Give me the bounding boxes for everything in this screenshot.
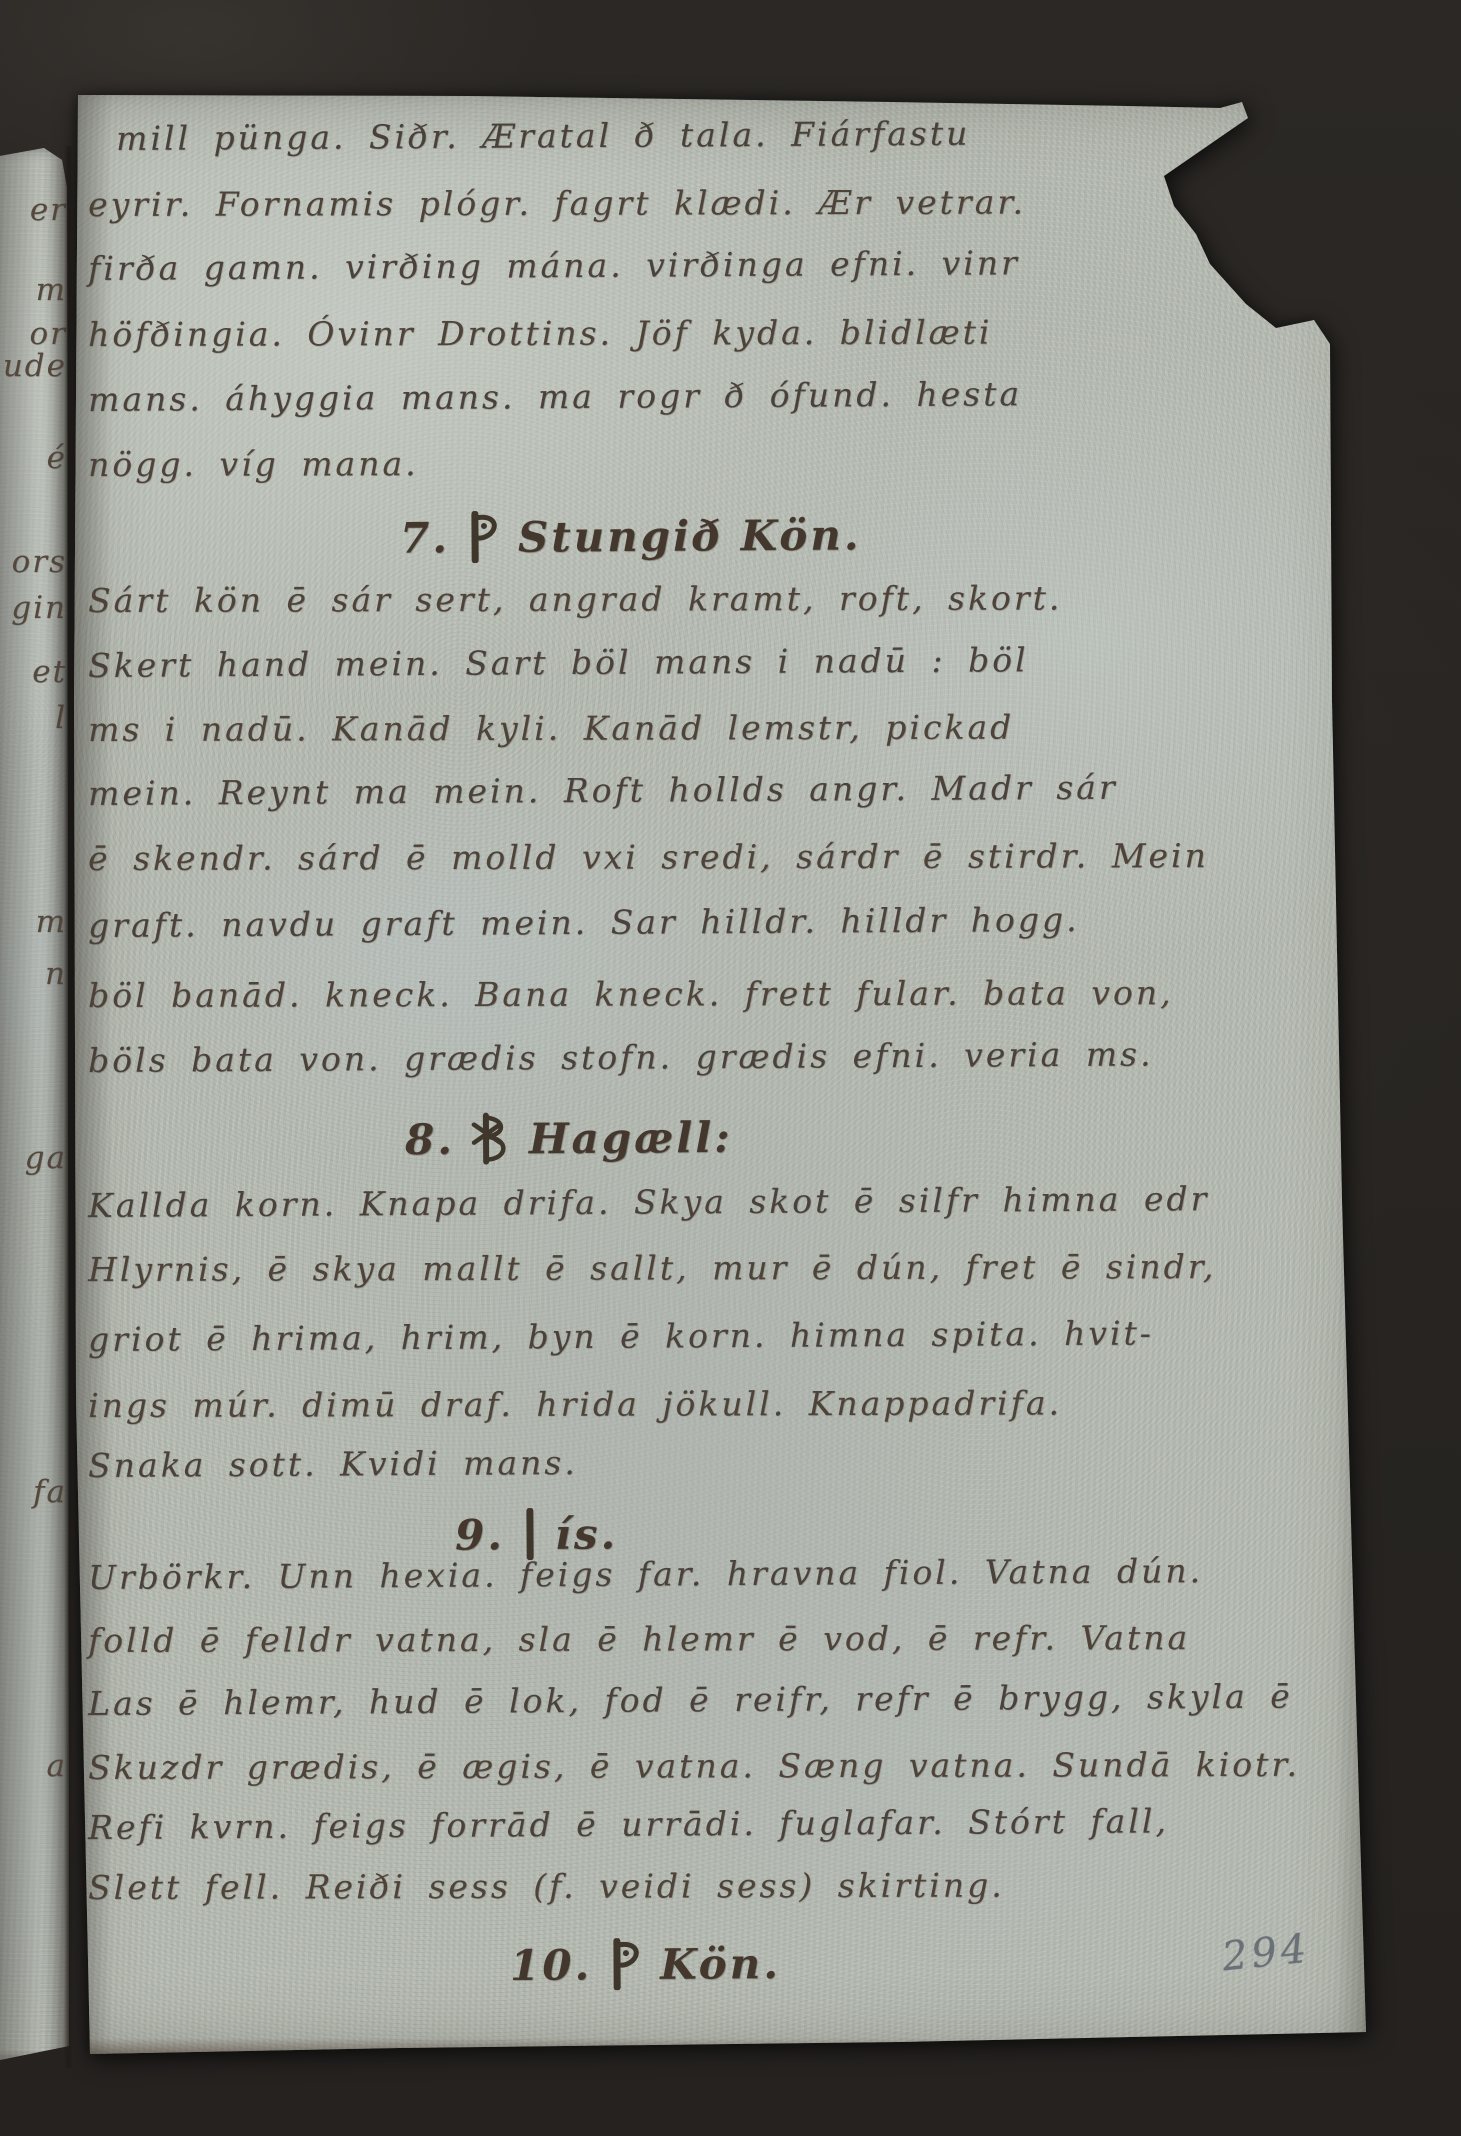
manuscript-line: Snaka sott. Kvidi mans. [88,1446,578,1482]
manuscript-line: Kallda korn. Knapa drifa. Skya skot ē si… [88,1182,1209,1222]
previous-page-text-fragment: er [30,192,67,228]
section-heading-7: 7. Stungið Kön. [400,504,862,559]
manuscript-line: Las ē hlemr, hud ē lok, fod ē reifr, ref… [88,1680,1293,1720]
previous-page-text-fragment: ors [12,544,67,580]
hagall-rune [471,1112,513,1164]
photograph-backdrop: er m or ude é ors gin et l m n ga fa a m… [0,0,1461,2136]
iss-rune [521,1508,539,1560]
previous-page-text-fragment: gin [11,590,67,626]
manuscript-line: folld ē felldr vatna, sla ē hlemr ē vod,… [88,1621,1190,1657]
stungid-kaun-rune [466,511,502,563]
section-number: 7. [400,517,450,559]
manuscript-line: firða gamn. virðing mána. virðinga efni.… [88,246,1020,285]
previous-page-text-fragment: or [30,316,67,352]
manuscript-line: Hlyrnis, ē skya mallt ē sallt, mur ē dún… [88,1250,1216,1286]
manuscript-line: Skert hand mein. Sart böl mans i nadū : … [88,643,1029,682]
previous-page-text-fragment: ude [3,348,67,384]
previous-page-text-fragment: ga [25,1140,67,1176]
manuscript-line: Refi kvrn. feigs forrād ē urrādi. fuglaf… [88,1804,1169,1844]
manuscript-line: höfðingia. Óvinr Drottins. Jöf kyda. bli… [88,316,993,351]
previous-page-text-fragment: fa [33,1474,67,1510]
previous-page-text-fragment: m [36,904,67,940]
previous-page-text-fragment: m [36,272,67,308]
manuscript-page-wrap: mill pünga. Siðr. Æratal ð tala. Fiárfas… [70,92,1370,2054]
section-number: 9. [455,1514,505,1556]
section-title: ís. [555,1513,619,1555]
section-number: 8. [405,1119,455,1161]
stungid-kaun-rune [608,1938,644,1990]
manuscript-line: Sárt kön ē sár sert, angrad kramt, roft,… [88,581,1062,617]
section-title: Hagæll: [529,1117,733,1160]
page-number: 294 [1220,1926,1313,1981]
manuscript-line: mein. Reynt ma mein. Roft hollds angr. M… [88,771,1118,810]
manuscript-page: mill pünga. Siðr. Æratal ð tala. Fiárfas… [70,92,1370,2054]
manuscript-line: böl banād. kneck. Bana kneck. frett fula… [88,976,1174,1012]
manuscript-line: graft. navdu graft mein. Sar hilldr. hil… [88,903,1080,942]
section-title: Stungið Kön. [518,514,862,558]
manuscript-line: ings múr. dimū draf. hrida jökull. Knapp… [88,1386,1062,1422]
manuscript-line: griot ē hrima, hrim, byn ē korn. himna s… [88,1316,1154,1356]
manuscript-line: nögg. víg mana. [88,447,419,481]
previous-page-edge: er m or ude é ors gin et l m n ga fa a [0,148,69,2066]
manuscript-line: eyrir. Fornamis plógr. fagrt klædi. Ær v… [88,186,1026,221]
manuscript-line: Slett fell. Reiði sess (f. veidi sess) s… [88,1869,1005,1904]
previous-page-text-fragment: et [32,654,67,690]
manuscript-line: Skuzdr grædis, ē ægis, ē vatna. Sæng vat… [88,1748,1300,1784]
manuscript-line: ms i nadū. Kanād kyli. Kanād lemstr, pic… [88,711,1014,746]
section-heading-10: 10. Kön. [510,1933,781,1987]
manuscript-line: mans. áhyggia mans. ma rogr ð ófund. hes… [88,377,1022,416]
manuscript-line: mill pünga. Siðr. Æratal ð tala. Fiárfas… [116,117,970,155]
section-heading-8: 8. Hagæll: [405,1107,733,1161]
manuscript-line: Urbörkr. Unn hexia. feigs far. hravna fi… [88,1554,1203,1594]
manuscript-line: böls bata von. grædis stofn. grædis efni… [88,1037,1154,1077]
section-heading-9: 9. ís. [455,1503,618,1556]
section-number: 10. [510,1944,592,1987]
manuscript-line: ē skendr. sárd ē molld vxi sredi, sárdr … [88,839,1209,875]
section-title: Kön. [660,1943,781,1986]
